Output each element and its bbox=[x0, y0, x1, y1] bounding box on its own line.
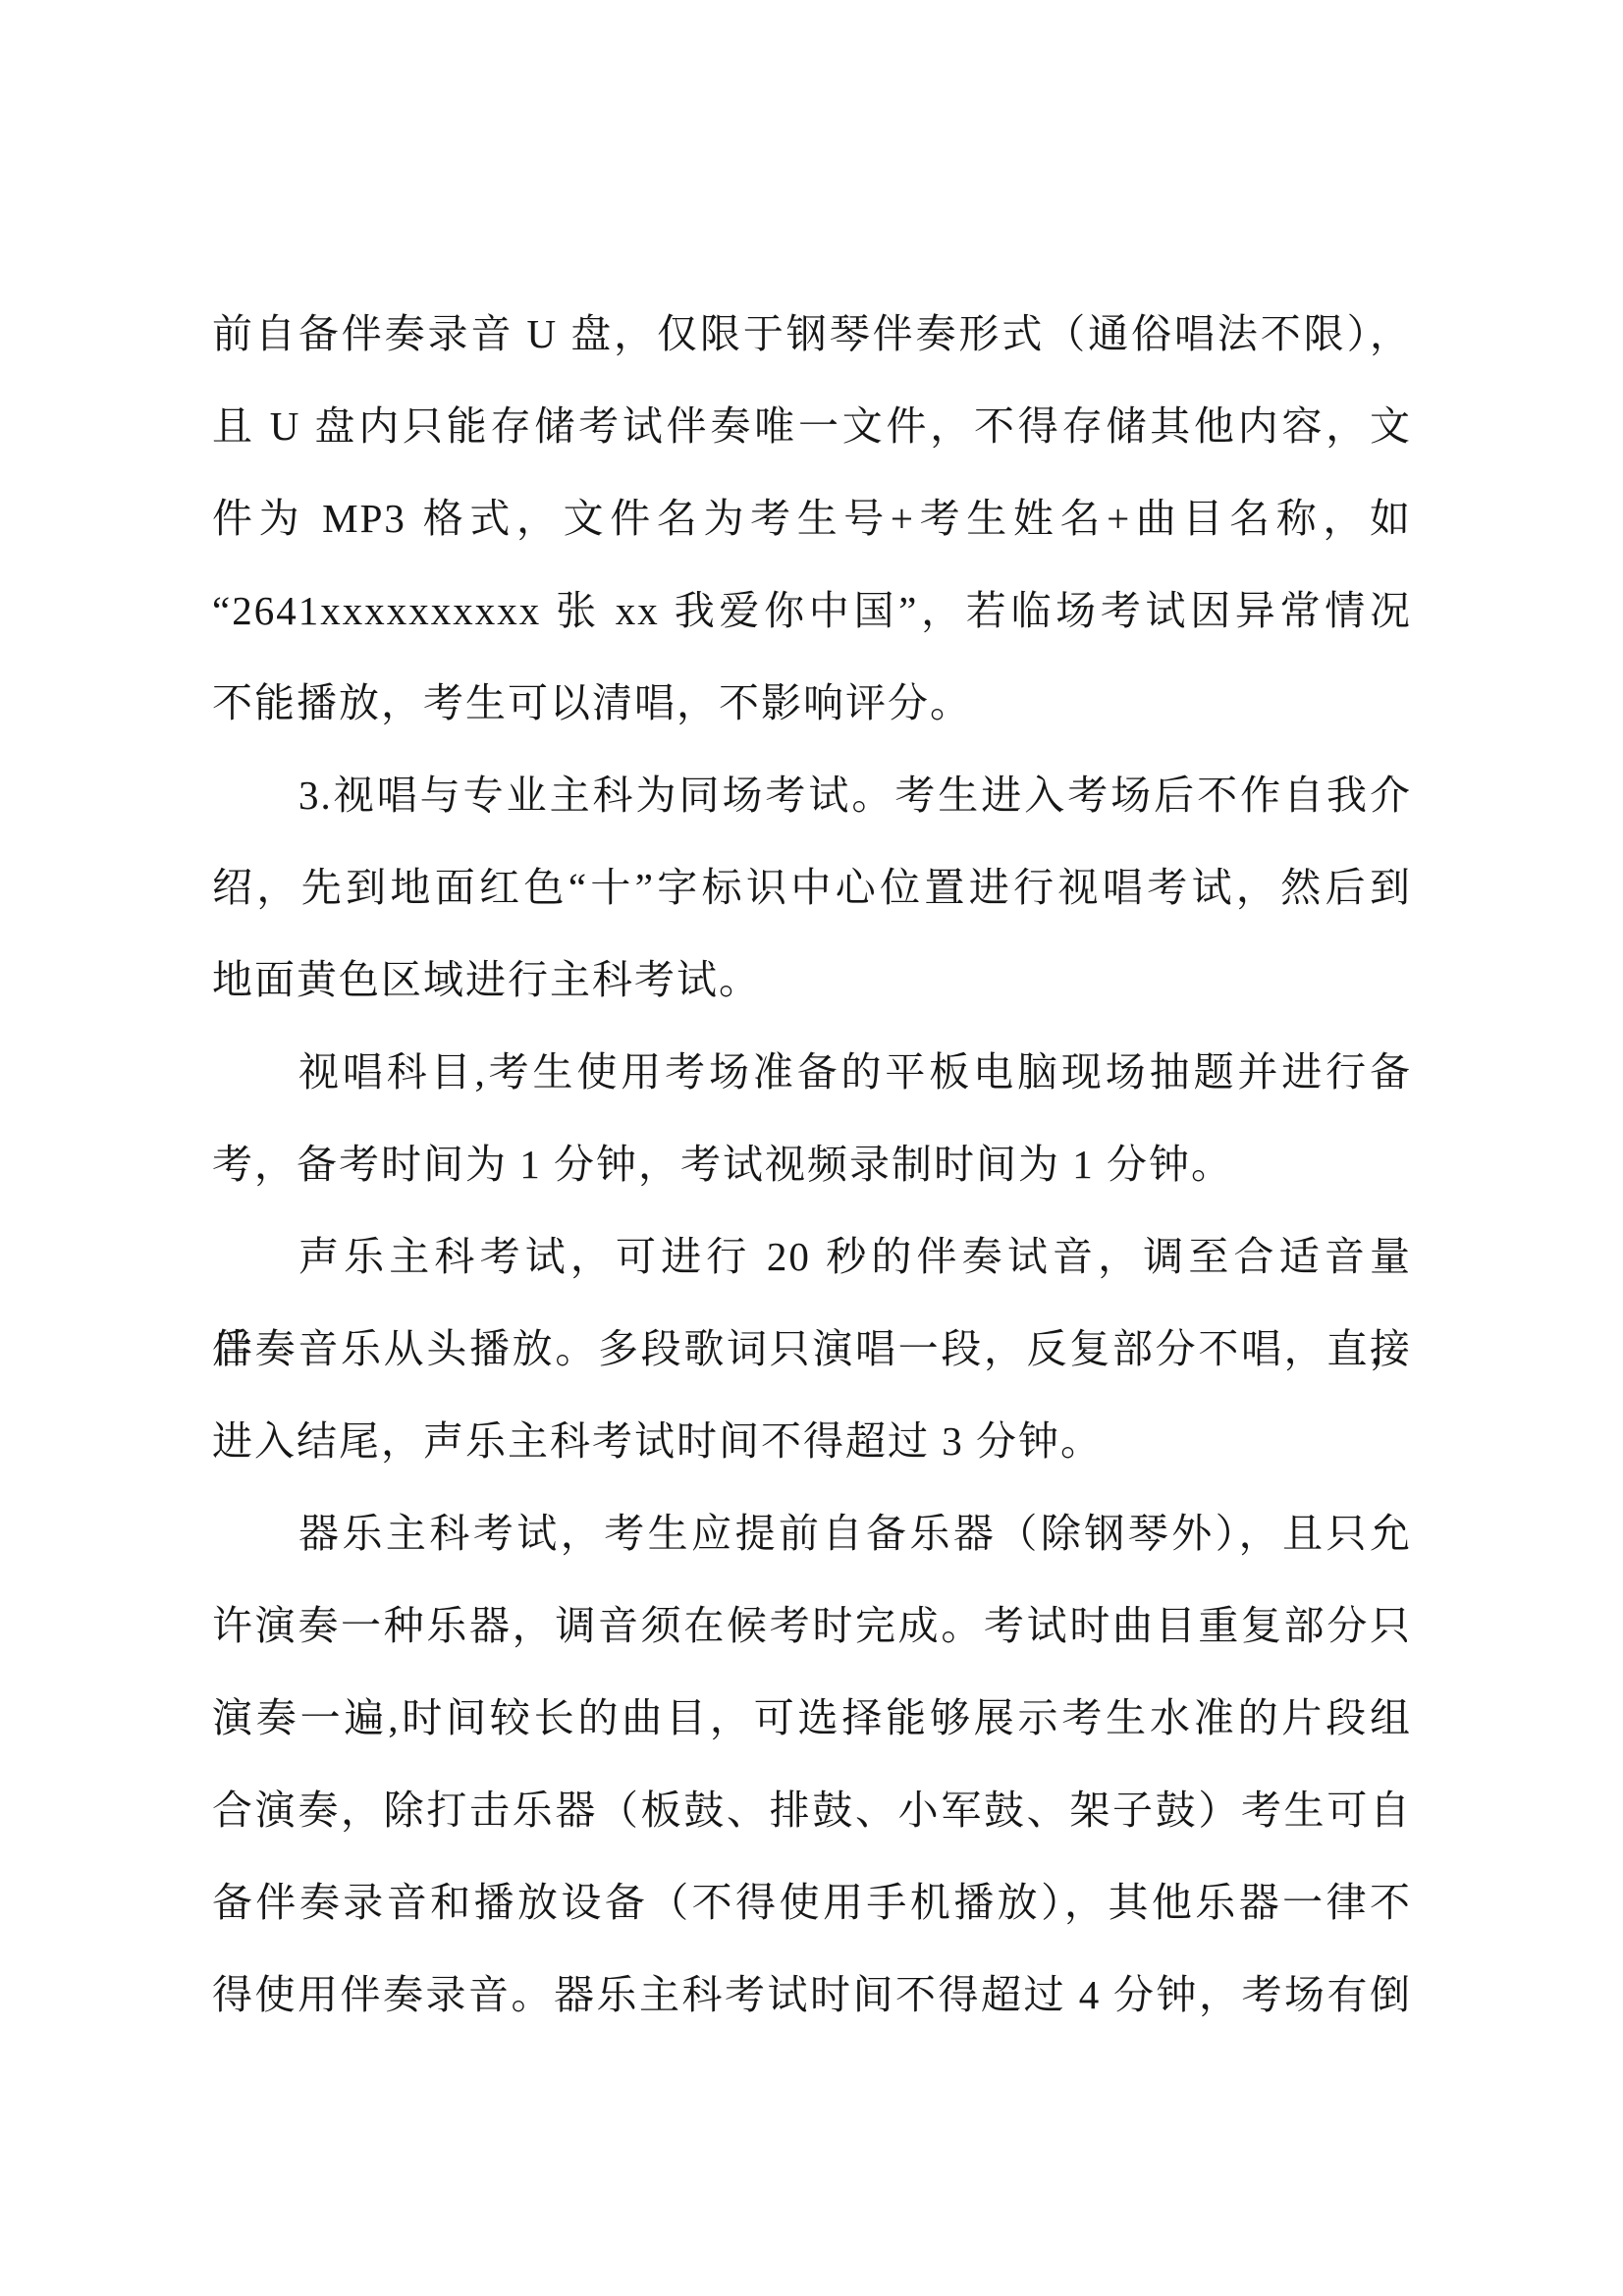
document-line: 进入结尾，声乐主科考试时间不得超过 3 分钟。 bbox=[212, 1395, 1412, 1487]
document-line: 件为 MP3 格式，文件名为考生号+考生姓名+曲目名称，如 bbox=[212, 472, 1412, 564]
document-line: 前自备伴奏录音 U 盘，仅限于钢琴伴奏形式（通俗唱法不限）， bbox=[212, 288, 1412, 380]
document-line: 演奏一遍,时间较长的曲目，可选择能够展示考生水准的片段组 bbox=[212, 1672, 1412, 1764]
document-line: 地面黄色区域进行主科考试。 bbox=[212, 934, 1412, 1026]
document-line: 3.视唱与专业主科为同场考试。考生进入考场后不作自我介 bbox=[212, 749, 1412, 841]
document-line: 器乐主科考试，考生应提前自备乐器（除钢琴外），且只允 bbox=[212, 1487, 1412, 1579]
document-line: 绍，先到地面红色“十”字标识中心位置进行视唱考试，然后到 bbox=[212, 841, 1412, 934]
document-line: “2641xxxxxxxxxx 张 xx 我爱你中国”，若临场考试因异常情况 bbox=[212, 564, 1412, 657]
document-line: 视唱科目,考生使用考场准备的平板电脑现场抽题并进行备 bbox=[212, 1026, 1412, 1118]
document-line: 得使用伴奏录音。器乐主科考试时间不得超过 4 分钟，考场有倒 bbox=[212, 1949, 1412, 2041]
document-line: 考，备考时间为 1 分钟，考试视频录制时间为 1 分钟。 bbox=[212, 1118, 1412, 1210]
document-page: 前自备伴奏录音 U 盘，仅限于钢琴伴奏形式（通俗唱法不限）， 且 U 盘内只能存… bbox=[0, 0, 1623, 2296]
document-line: 不能播放，考生可以清唱，不影响评分。 bbox=[212, 657, 1412, 749]
document-line: 伴奏音乐从头播放。多段歌词只演唱一段，反复部分不唱，直接 bbox=[212, 1303, 1412, 1395]
document-line: 许演奏一种乐器，调音须在候考时完成。考试时曲目重复部分只 bbox=[212, 1579, 1412, 1672]
document-line: 声乐主科考试，可进行 20 秒的伴奏试音，调至合适音量后， bbox=[212, 1210, 1412, 1303]
document-text-block: 前自备伴奏录音 U 盘，仅限于钢琴伴奏形式（通俗唱法不限）， 且 U 盘内只能存… bbox=[212, 288, 1412, 2041]
document-line: 备伴奏录音和播放设备（不得使用手机播放），其他乐器一律不 bbox=[212, 1856, 1412, 1949]
document-line: 且 U 盘内只能存储考试伴奏唯一文件，不得存储其他内容，文 bbox=[212, 380, 1412, 472]
document-line: 合演奏，除打击乐器（板鼓、排鼓、小军鼓、架子鼓）考生可自 bbox=[212, 1764, 1412, 1856]
